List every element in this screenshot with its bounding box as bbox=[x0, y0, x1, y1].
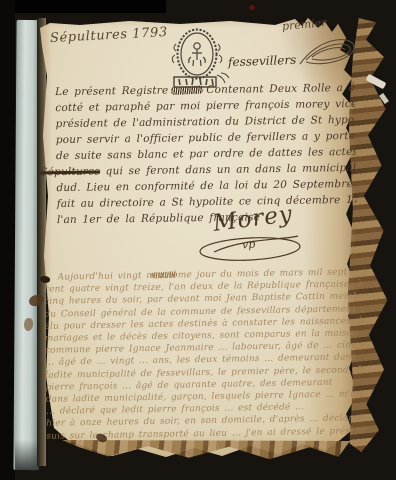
background-left-black bbox=[0, 0, 15, 480]
act-entry-paragraph: Aujourd'hui vingt neuvième jour du mois … bbox=[44, 266, 367, 442]
paraph-flourish-icon bbox=[296, 30, 360, 80]
torn-bottom-edge bbox=[62, 440, 350, 464]
ink-scribble-faint bbox=[151, 272, 177, 279]
binding-gutter-shadow bbox=[37, 18, 46, 466]
book-cover-shadow bbox=[15, 440, 39, 470]
ink-scribble bbox=[171, 85, 203, 95]
struck-word: Sépultures bbox=[40, 165, 100, 178]
certification-text: qui se feront dans un an dans la municip… bbox=[106, 162, 357, 178]
background-black-block bbox=[0, 0, 166, 13]
certification-paragraph: Le présent RegistreContenant Deux Rolle … bbox=[55, 80, 357, 228]
signature-paraph: vp bbox=[242, 238, 256, 252]
certification-text: Le présent Registre bbox=[55, 85, 168, 99]
scanned-register-page: Sépultures 1793 fessevillers premier bbox=[0, 0, 396, 480]
commune-annotation: fessevillers bbox=[228, 53, 297, 69]
red-wax-speck bbox=[248, 4, 255, 11]
certification-text: Contenant Deux Rolle a été bbox=[206, 82, 355, 96]
